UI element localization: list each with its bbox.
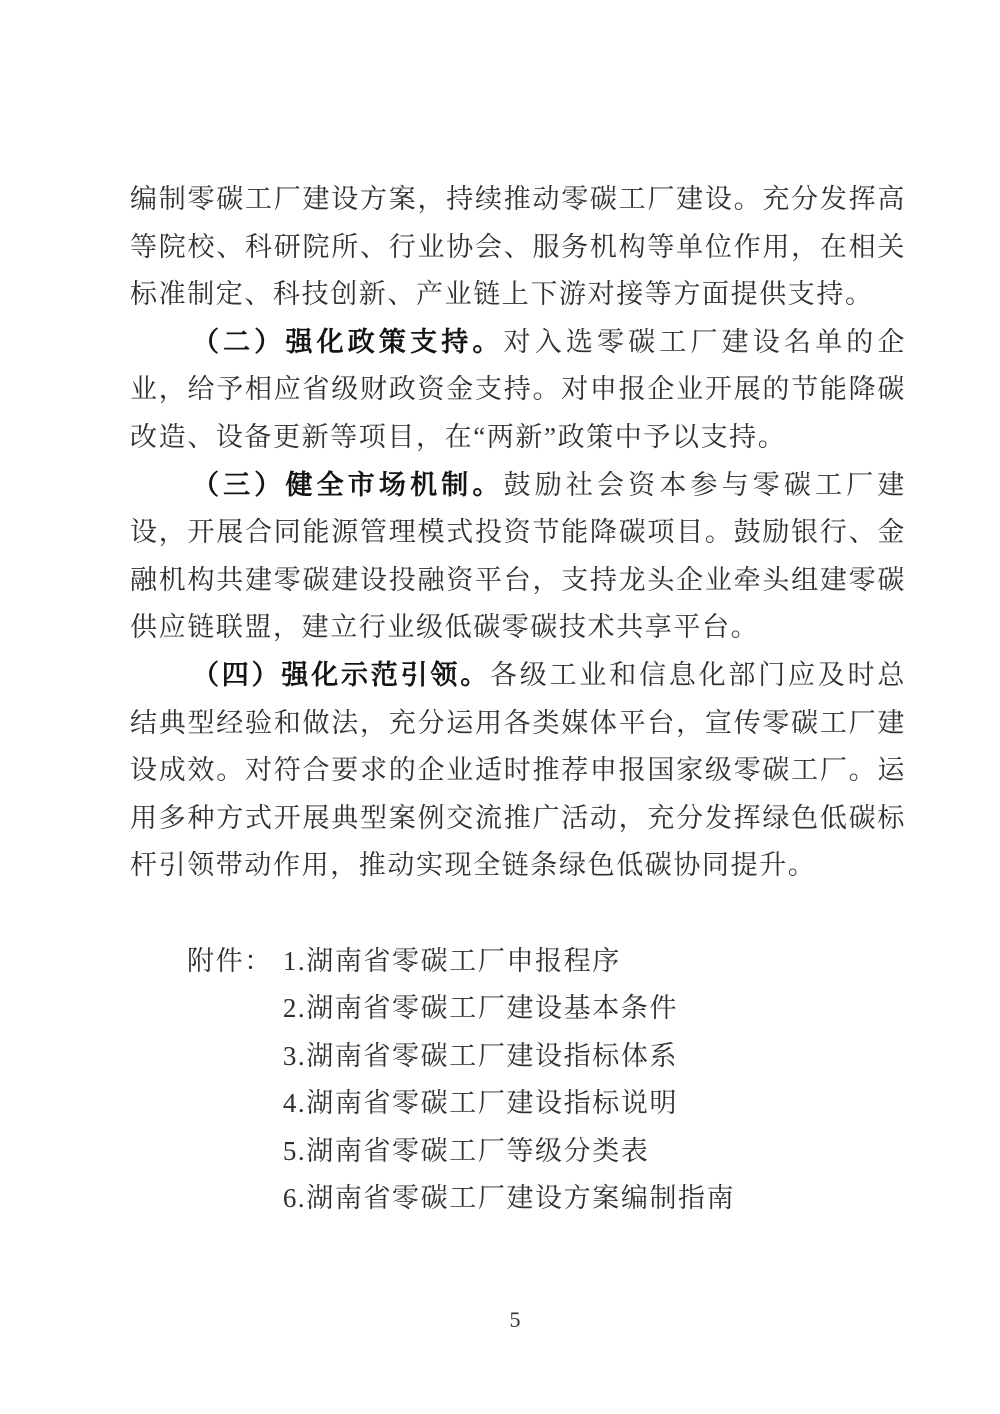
attachment-item-1: 1.湖南省零碳工厂申报程序 [283,938,735,986]
paragraph-2: （二）强化政策支持。对入选零碳工厂建设名单的企业，给予相应省级财政资金支持。对申… [130,319,906,462]
attachment-item-4: 4.湖南省零碳工厂建设指标说明 [283,1080,735,1128]
attachment-item-5: 5.湖南省零碳工厂等级分类表 [283,1128,735,1176]
document-page: 编制零碳工厂建设方案，持续推动零碳工厂建设。充分发挥高等院校、科研院所、行业协会… [0,0,1000,1414]
paragraph-4-text: 各级工业和信息化部门应及时总结典型经验和做法，充分运用各类媒体平台，宣传零碳工厂… [130,660,906,880]
attachment-items: 1.湖南省零碳工厂申报程序 2.湖南省零碳工厂建设基本条件 3.湖南省零碳工厂建… [283,938,735,1224]
attachment-label: 附件： [187,938,273,986]
page-number: 5 [510,1307,521,1332]
paragraph-1: 编制零碳工厂建设方案，持续推动零碳工厂建设。充分发挥高等院校、科研院所、行业协会… [130,176,906,319]
document-body: 编制零碳工厂建设方案，持续推动零碳工厂建设。充分发挥高等院校、科研院所、行业协会… [130,176,906,1223]
paragraph-4: （四）强化示范引领。各级工业和信息化部门应及时总结典型经验和做法，充分运用各类媒… [130,652,906,890]
attachment-list: 附件： 1.湖南省零碳工厂申报程序 2.湖南省零碳工厂建设基本条件 3.湖南省零… [187,938,906,1224]
paragraph-3: （三）健全市场机制。鼓励社会资本参与零碳工厂建设，开展合同能源管理模式投资节能降… [130,462,906,652]
paragraph-1-text: 编制零碳工厂建设方案，持续推动零碳工厂建设。充分发挥高等院校、科研院所、行业协会… [130,184,906,309]
attachment-item-2: 2.湖南省零碳工厂建设基本条件 [283,985,735,1033]
attachment-item-3: 3.湖南省零碳工厂建设指标体系 [283,1033,735,1081]
paragraph-3-lead: （三）健全市场机制。 [192,470,504,500]
paragraph-4-lead: （四）强化示范引领。 [192,660,490,690]
page-footer: 5 [30,1305,1000,1335]
paragraph-2-lead: （二）强化政策支持。 [192,327,504,357]
attachment-item-6: 6.湖南省零碳工厂建设方案编制指南 [283,1175,735,1223]
